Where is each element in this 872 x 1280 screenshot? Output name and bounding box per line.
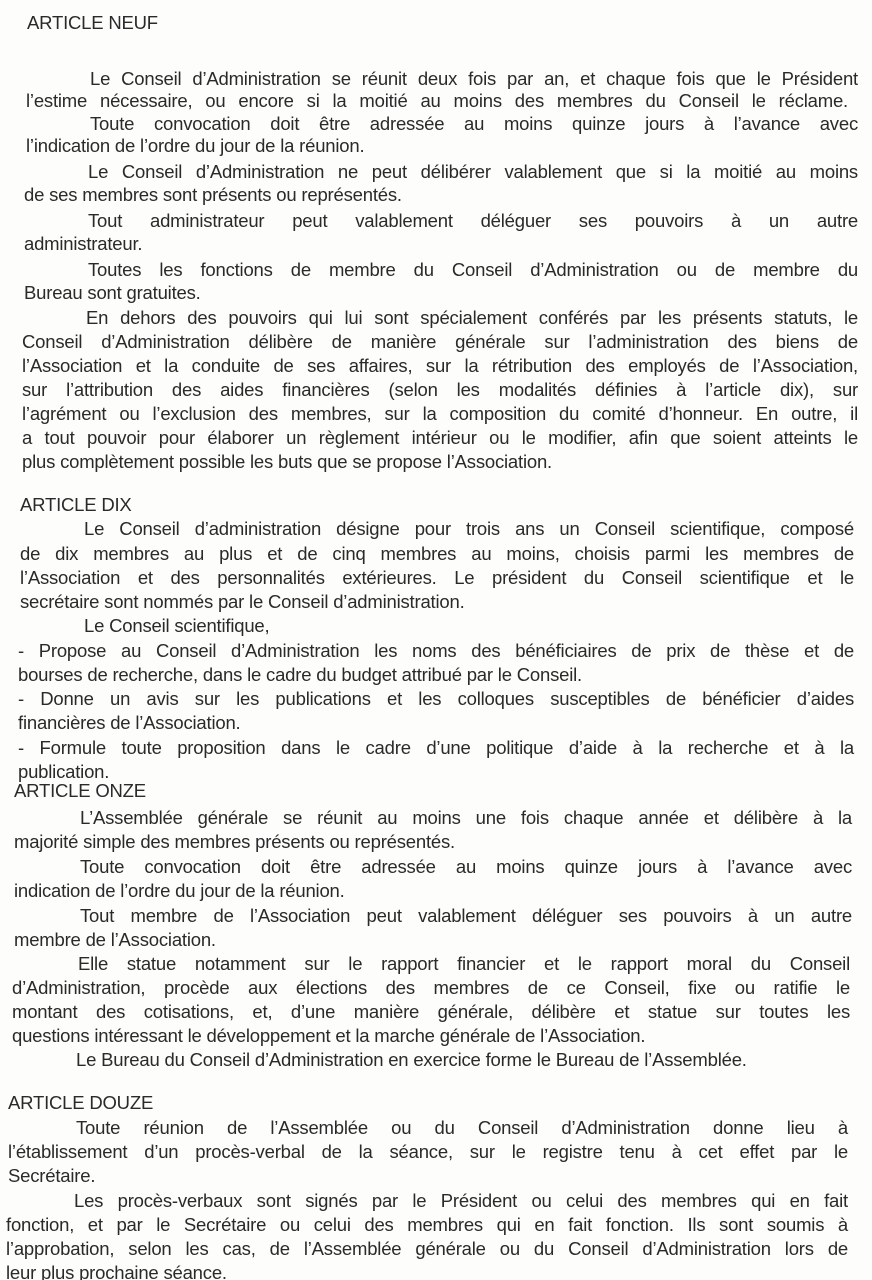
text-line: financières de l’Association. (18, 712, 241, 734)
text-line: de ses membres sont présents ou représen… (24, 184, 402, 206)
text-line: questions intéressant le développement e… (12, 1025, 645, 1047)
text-line: d’Administration, procède aux élections … (12, 977, 850, 999)
article-heading-douze: ARTICLE DOUZE (8, 1092, 153, 1114)
text-line: Le Conseil scientifique, (84, 615, 269, 637)
article-heading-onze: ARTICLE ONZE (14, 780, 146, 802)
text-line: Toute réunion de l’Assemblée ou du Conse… (76, 1117, 848, 1139)
text-line: Les procès-verbaux sont signés par le Pr… (74, 1190, 848, 1212)
text-line: - Donne un avis sur les publications et … (18, 688, 854, 710)
text-line: - Formule toute proposition dans le cadr… (18, 737, 854, 759)
text-line: Toutes les fonctions de membre du Consei… (88, 259, 858, 281)
text-line: En dehors des pouvoirs qui lui sont spéc… (86, 307, 858, 329)
text-line: montant des cotisations, et, d’une maniè… (12, 1001, 850, 1023)
text-line: de dix membres au plus et de cinq membre… (20, 543, 854, 565)
text-line: Bureau sont gratuites. (24, 282, 201, 304)
text-line: Toute convocation doit être adressée au … (80, 856, 852, 878)
text-line: l’Association et des personnalités extér… (20, 567, 854, 589)
text-line: majorité simple des membres présents ou … (14, 831, 455, 853)
text-line: plus complètement possible les buts que … (22, 451, 552, 473)
text-line: l’Association et la conduite de ses affa… (22, 355, 858, 377)
text-line: Le Conseil d’Administration ne peut déli… (88, 161, 858, 183)
text-line: Le Conseil d’Administration se réunit de… (90, 68, 858, 90)
article-heading-neuf: ARTICLE NEUF (27, 12, 158, 34)
text-line: l’établissement d’un procès-verbal de la… (8, 1141, 848, 1163)
text-line: Conseil d’Administration délibère de man… (22, 331, 858, 353)
text-line: Tout membre de l’Association peut valabl… (80, 905, 852, 927)
text-line: Le Bureau du Conseil d’Administration en… (76, 1049, 747, 1071)
text-line: bourses de recherche, dans le cadre du b… (18, 664, 582, 686)
text-line: Secrétaire. (8, 1165, 95, 1187)
text-line: secrétaire sont nommés par le Conseil d’… (20, 591, 465, 613)
text-line: l’estime nécessaire, ou encore si la moi… (26, 90, 848, 112)
text-line: indication de l’ordre du jour de la réun… (14, 880, 345, 902)
text-line: - Propose au Conseil d’Administration le… (18, 640, 854, 662)
text-line: L’Assemblée générale se réunit au moins … (80, 807, 852, 829)
text-line: membre de l’Association. (14, 929, 216, 951)
article-heading-dix: ARTICLE DIX (20, 494, 132, 516)
text-line: l’approbation, selon les cas, de l’Assem… (6, 1238, 848, 1260)
text-line: Le Conseil d’administration désigne pour… (84, 518, 854, 540)
text-line: fonction, et par le Secrétaire ou celui … (6, 1214, 848, 1236)
scanned-document-page: ARTICLE NEUF Le Conseil d’Administration… (0, 0, 872, 1280)
text-line: l’agrément ou l’exclusion des membres, s… (22, 403, 858, 425)
text-line: l’indication de l’ordre du jour de la ré… (26, 135, 364, 157)
text-line: Tout administrateur peut valablement dél… (88, 210, 858, 232)
text-line: sur l’attribution des aides financières … (22, 379, 858, 401)
text-line: Toute convocation doit être adressée au … (90, 113, 858, 135)
text-line: Elle statue notamment sur le rapport fin… (78, 953, 850, 975)
text-line: a tout pouvoir pour élaborer un règlemen… (22, 427, 858, 449)
text-line: administrateur. (24, 233, 142, 255)
text-line: leur plus prochaine séance. (6, 1262, 227, 1280)
